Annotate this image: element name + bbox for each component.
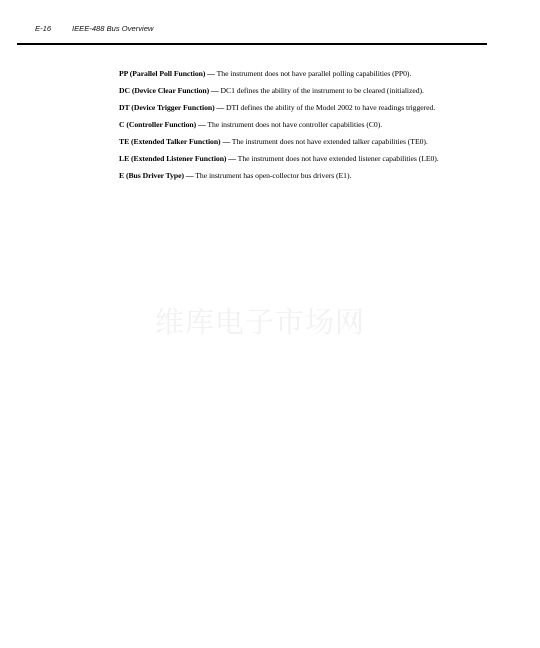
description-dt: DTI defines the ability of the Model 200… [224, 103, 435, 112]
watermark: 维库电子市场网 [155, 300, 365, 341]
paragraph-pp: PP (Parallel Poll Function) — The instru… [107, 69, 469, 79]
interface-function-list: PP (Parallel Poll Function) — The instru… [107, 69, 469, 188]
term-te: TE (Extended Talker Function) — [119, 137, 230, 146]
description-le: The instrument does not have extended li… [236, 154, 439, 163]
page-number: E-16 [35, 24, 72, 33]
term-dc: DC (Device Clear Function) — [119, 86, 219, 95]
section-title: IEEE-488 Bus Overview [72, 24, 153, 33]
description-dc: DC1 defines the ability of the instrumen… [219, 86, 424, 95]
term-le: LE (Extended Listener Function) — [119, 154, 236, 163]
paragraph-c: C (Controller Function) — The instrument… [107, 120, 469, 130]
term-e: E (Bus Driver Type) — [119, 171, 194, 180]
paragraph-dt: DT (Device Trigger Function) — DTI defin… [107, 103, 469, 113]
paragraph-te: TE (Extended Talker Function) — The inst… [107, 137, 469, 147]
term-dt: DT (Device Trigger Function) — [119, 103, 224, 112]
header-rule [17, 43, 487, 45]
running-header: E-16IEEE-488 Bus Overview [35, 24, 153, 33]
description-te: The instrument does not have extended ta… [230, 137, 428, 146]
term-pp: PP (Parallel Poll Function) — [119, 69, 215, 78]
description-c: The instrument does not have controller … [206, 120, 382, 129]
paragraph-le: LE (Extended Listener Function) — The in… [107, 154, 469, 164]
description-pp: The instrument does not have parallel po… [215, 69, 411, 78]
term-c: C (Controller Function) — [119, 120, 206, 129]
paragraph-e: E (Bus Driver Type) — The instrument has… [107, 171, 469, 181]
paragraph-dc: DC (Device Clear Function) — DC1 defines… [107, 86, 469, 96]
description-e: The instrument has open-collector bus dr… [194, 171, 352, 180]
